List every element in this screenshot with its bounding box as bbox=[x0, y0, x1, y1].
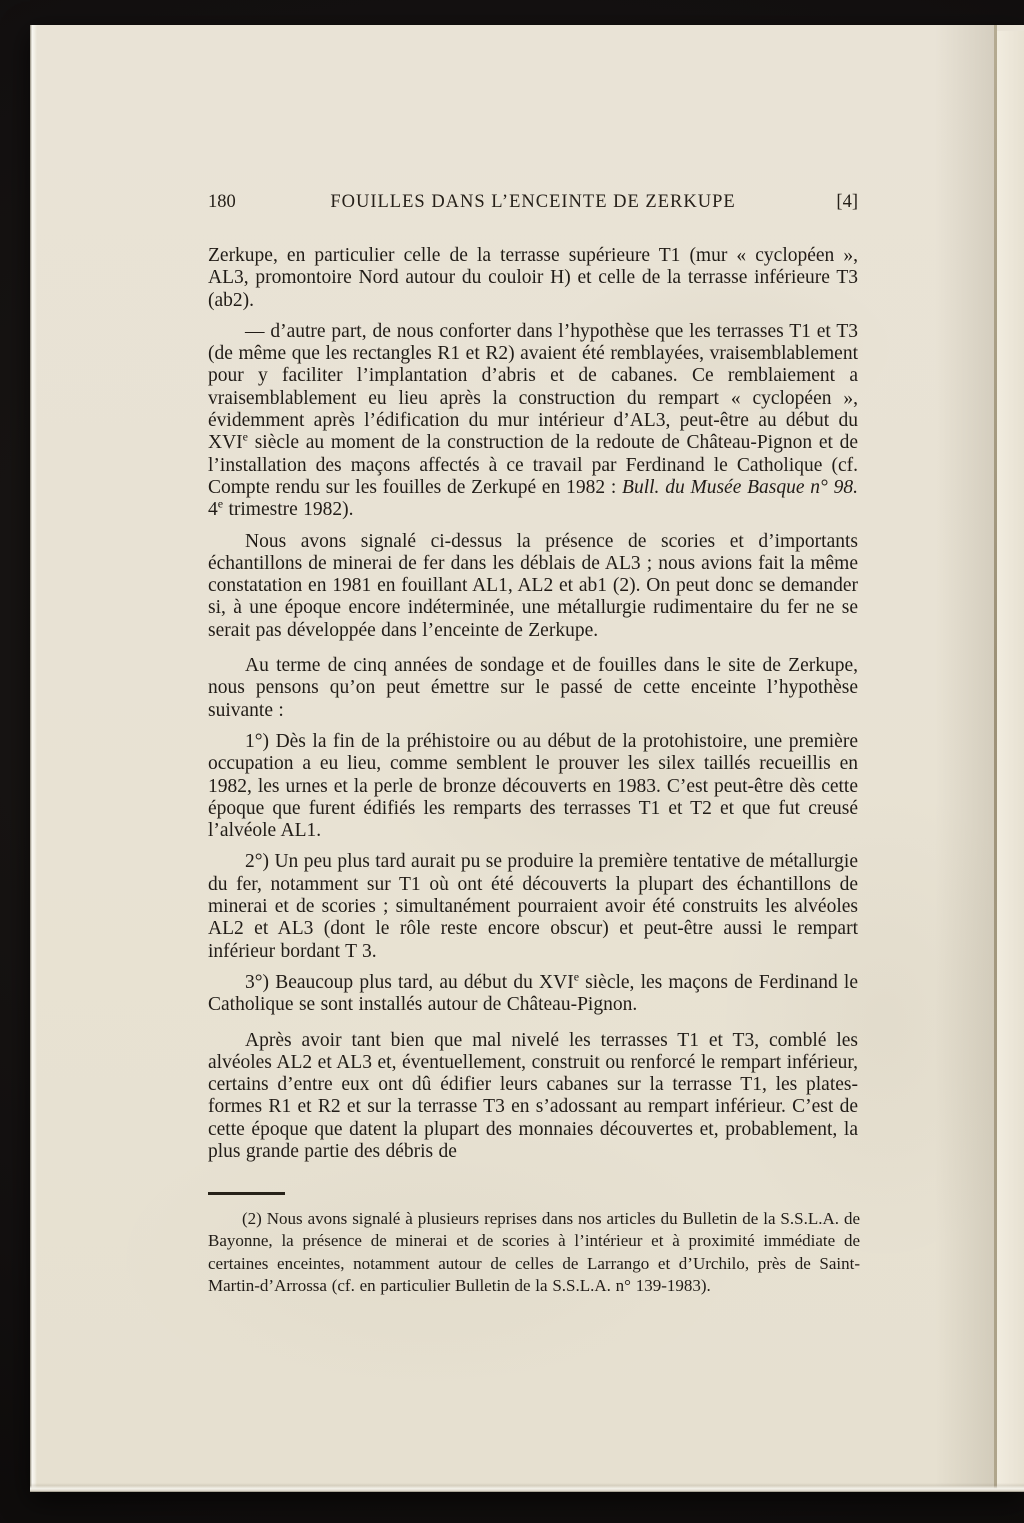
adjacent-page-edge bbox=[997, 31, 1024, 1492]
page-number: 180 bbox=[208, 192, 318, 213]
page-header: 180 FOUILLES DANS L’ENCEINTE DE ZERKUPE … bbox=[208, 192, 858, 213]
page-gutter-shade bbox=[935, 25, 995, 1492]
body-paragraph: 1°) Dès la fin de la préhistoire ou au d… bbox=[208, 731, 858, 842]
page-edge-left bbox=[30, 25, 37, 1492]
body-paragraph: Nous avons signalé ci-dessus la présence… bbox=[208, 531, 858, 642]
book-page: 180 FOUILLES DANS L’ENCEINTE DE ZERKUPE … bbox=[30, 25, 1024, 1492]
body-paragraph: Après avoir tant bien que mal nivelé les… bbox=[208, 1030, 858, 1164]
scan-background: { "colors": { "background": "#15120f", "… bbox=[0, 0, 1024, 1523]
page-edge-bottom bbox=[30, 1483, 1024, 1492]
body-text: Zerkupe, en particulier celle de la terr… bbox=[208, 245, 858, 1172]
body-paragraph: 3°) Beaucoup plus tard, au début du XVIe… bbox=[208, 972, 858, 1017]
body-paragraph: — d’autre part, de nous conforter dans l… bbox=[208, 321, 858, 522]
footnote-rule bbox=[208, 1192, 285, 1195]
body-paragraph: Zerkupe, en particulier celle de la terr… bbox=[208, 245, 858, 312]
running-title: FOUILLES DANS L’ENCEINTE DE ZERKUPE bbox=[318, 192, 748, 213]
body-paragraph: 2°) Un peu plus tard aurait pu se produi… bbox=[208, 851, 858, 962]
section-reference: [4] bbox=[748, 192, 858, 213]
body-paragraph: Au terme de cinq années de sondage et de… bbox=[208, 655, 858, 722]
footnote-text: (2) Nous avons signalé à plusieurs repri… bbox=[208, 1208, 860, 1298]
